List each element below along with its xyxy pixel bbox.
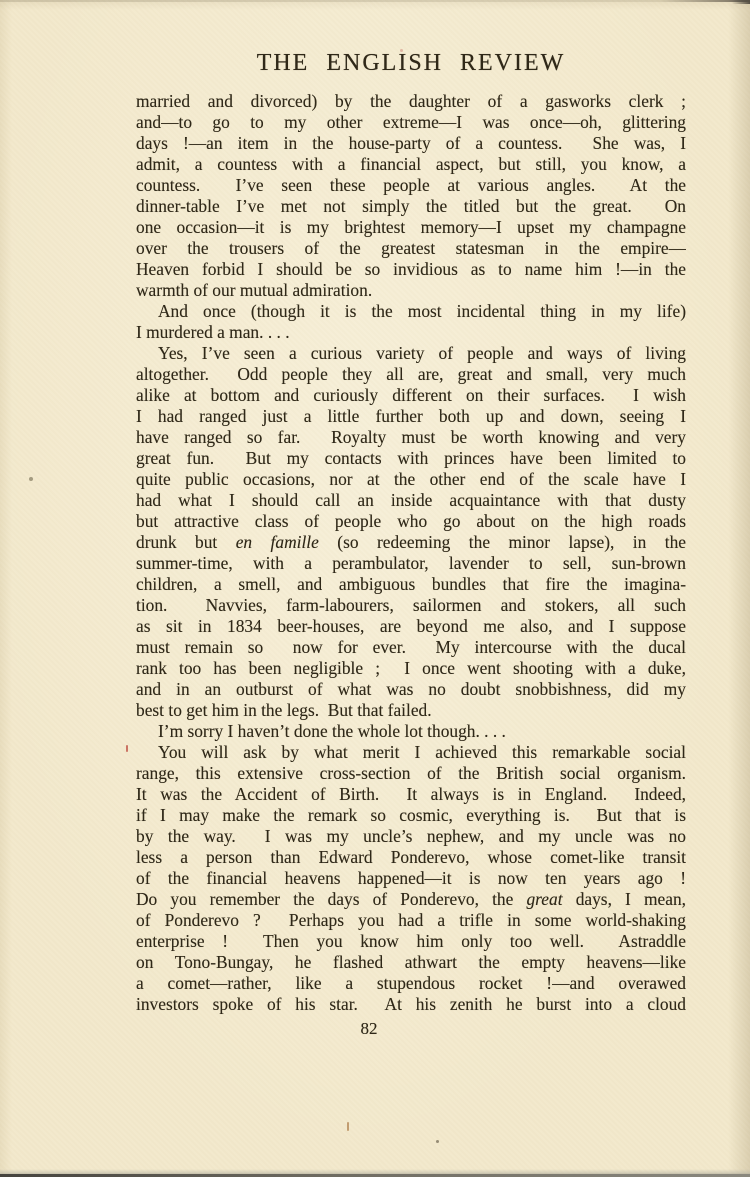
text-line: I murdered a man. . . . [136,322,686,343]
text-line: but attractive class of people who go ab… [136,511,686,532]
text-line: You will ask by what merit I achieved th… [136,742,686,763]
text-segment: drunk but [136,532,236,552]
text-line: must remain so now for ever. My intercou… [136,637,686,658]
text-line: less a person than Edward Ponderevo, who… [136,847,686,868]
text-line: alike at bottom and curiously different … [136,385,686,406]
scanned-book-page: THE ENGLISH REVIEW married and divorced)… [0,0,750,1177]
text-line: quite public occasions, nor at the other… [136,469,686,490]
scan-top-corner-mark [732,0,750,4]
text-line: enterprise ! Then you know him only too … [136,931,686,952]
text-line: have ranged so far. Royalty must be wort… [136,427,686,448]
text-line: And once (though it is the most incident… [136,301,686,322]
running-header: THE ENGLISH REVIEW [136,50,686,76]
text-line: warmth of our mutual admiration. [136,280,686,301]
text-line: best to get him in the legs. But that fa… [136,700,686,721]
text-line: married and divorced) by the daughter of… [136,91,686,112]
text-line: range, this extensive cross-section of t… [136,763,686,784]
text-line: great fun. But my contacts with princes … [136,448,686,469]
text-line: and in an outburst of what was no doubt … [136,679,686,700]
text-line: rank too has been negligible ; I once we… [136,658,686,679]
paragraph: You will ask by what merit I achieved th… [136,742,686,1015]
text-line: drunk but en famille (so redeeming the m… [136,532,686,553]
paragraph: And once (though it is the most incident… [136,301,686,343]
paper-speck [126,745,128,752]
text-line: summer-time, with a perambulator, lavend… [136,553,686,574]
text-line: Do you remember the days of Ponderevo, t… [136,889,686,910]
text-line: one occasion—it is my brightest memory—I… [136,217,686,238]
paragraph: Yes, I’ve seen a curious variety of peop… [136,343,686,721]
text-line: countess. I’ve seen these people at vari… [136,175,686,196]
text-line: by the way. I was my uncle’s nephew, and… [136,826,686,847]
text-line: tion. Navvies, farm-labourers, sailormen… [136,595,686,616]
page-number: 82 [0,1019,738,1039]
text-line: It was the Accident of Birth. It always … [136,784,686,805]
text-line: dinner-table I’ve met not simply the tit… [136,196,686,217]
text-line: a comet—rather, like a stupendous rocket… [136,973,686,994]
text-line: Yes, I’ve seen a curious variety of peop… [136,343,686,364]
text-line: Heaven forbid I should be so invidious a… [136,259,686,280]
paper-speck [347,1122,349,1131]
paragraph: married and divorced) by the daughter of… [136,91,686,301]
paper-speck [400,49,403,52]
text-line: admit, a countess with a financial aspec… [136,154,686,175]
text-line: of Ponderevo ? Perhaps you had a trifle … [136,910,686,931]
text-segment: (so redeeming the minor lapse), in the [319,532,686,552]
text-block: married and divorced) by the daughter of… [136,91,686,1015]
paragraph: I’m sorry I haven’t done the whole lot t… [136,721,686,742]
text-line: altogether. Odd people they all are, gre… [136,364,686,385]
text-line: as sit in 1834 beer-houses, are beyond m… [136,616,686,637]
scan-top-edge [0,0,750,2]
paper-speck [436,1140,439,1143]
text-line: over the trousers of the greatest states… [136,238,686,259]
text-line: I had ranged just a little further both … [136,406,686,427]
paper-speck [29,477,33,481]
italic-phrase: en famille [236,532,319,552]
text-line: had what I should call an inside acquain… [136,490,686,511]
italic-phrase: great [526,889,562,909]
text-line: days !—an item in the house-party of a c… [136,133,686,154]
text-line: I’m sorry I haven’t done the whole lot t… [136,721,686,742]
text-segment: Do you remember the days of Ponderevo, t… [136,889,526,909]
text-segment: days, I mean, [563,889,686,909]
text-line: and—to go to my other extreme—I was once… [136,112,686,133]
text-line: investors spoke of his star. At his zeni… [136,994,686,1015]
text-line: children, a smell, and ambiguous bundles… [136,574,686,595]
text-line: of the financial heavens happened—it is … [136,868,686,889]
text-line: on Tono-Bungay, he flashed athwart the e… [136,952,686,973]
text-line: if I may make the remark so cosmic, ever… [136,805,686,826]
